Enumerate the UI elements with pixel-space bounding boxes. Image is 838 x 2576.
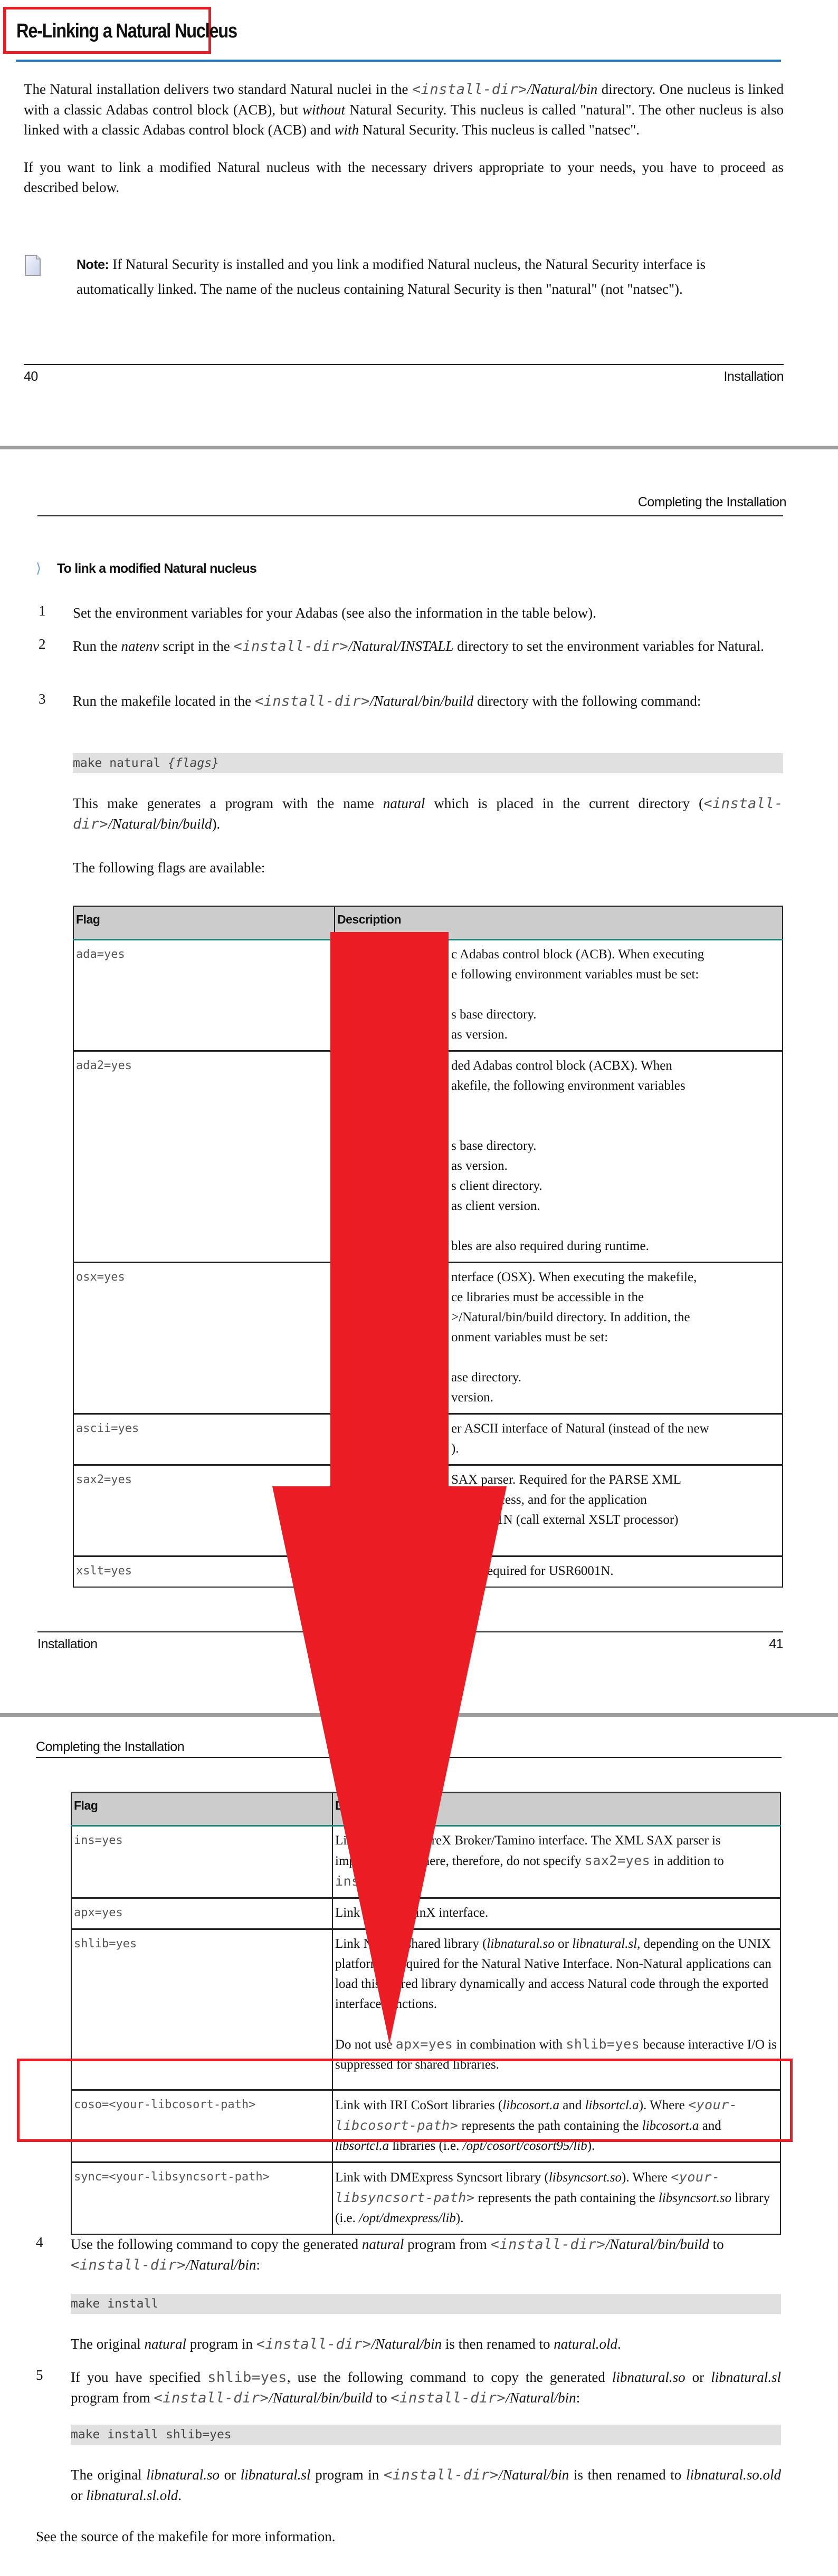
table-row-sync: sync=<your-libsyncsort-path> Link with D… (71, 2162, 780, 2235)
header-rule (37, 515, 783, 516)
table-header-row: Flag Description (71, 1793, 780, 1826)
flags-table: Flag Description ada=yesc Adabas control… (73, 906, 783, 1588)
description-cell: er ASCII interface of Natural (instead o… (335, 1414, 783, 1465)
title-underline (16, 60, 781, 62)
coso-row-highlight-box (17, 2059, 793, 2142)
column-header-description: Description (332, 1793, 780, 1826)
intro-paragraph-2: If you want to link a modified Natural n… (24, 157, 784, 197)
step-number: 4 (36, 2234, 43, 2251)
flag-cell: osx=yes (73, 1263, 335, 1414)
column-header-flag: Flag (73, 907, 335, 940)
table-row: sax2=yesSAX parser. Required for the PAR… (73, 1465, 783, 1556)
step-text: Use the following command to copy the ge… (71, 2234, 781, 2275)
flag-cell: ada2=yes (73, 1051, 335, 1263)
step-number: 5 (36, 2367, 43, 2383)
intro-paragraph-1: The Natural installation delivers two st… (24, 79, 784, 140)
table-row: xslt=yesssor. Required for USR6001N. (73, 1556, 783, 1588)
page-separator (0, 1713, 838, 1717)
table-row: ada2=yesded Adabas control block (ACBX).… (73, 1051, 783, 1263)
running-header: Completing the Installation (638, 495, 786, 510)
description-cell: ssor. Required for USR6001N. (335, 1556, 783, 1588)
description-cell: c Adabas control block (ACB). When execu… (335, 940, 783, 1051)
page-separator (0, 446, 838, 449)
flags-table-continued: Flag Description ins=yes Link with the E… (71, 1792, 781, 2235)
code-block: make install shlib=yes (71, 2425, 781, 2445)
description-cell: Link with ApplinX interface. (332, 1898, 780, 1929)
note-page-icon (25, 255, 41, 276)
flag-cell: sax2=yes (73, 1465, 335, 1556)
description-cell: SAX parser. Required for the PARSE XMLam… (335, 1465, 783, 1556)
procedure-heading: To link a modified Natural nucleus (57, 561, 256, 576)
footer-section: Installation (37, 1637, 98, 1652)
table-row: osx=yesnterface (OSX). When executing th… (73, 1263, 783, 1414)
closing-paragraph: See the source of the makefile for more … (36, 2526, 775, 2546)
flag-cell: apx=yes (71, 1898, 332, 1929)
running-header: Completing the Installation (36, 1739, 184, 1755)
flag-cell: xslt=yes (73, 1556, 335, 1588)
flag-cell: ascii=yes (73, 1414, 335, 1465)
footer-section: Installation (723, 369, 784, 385)
table-row: ins=yes Link with the EntireX Broker/Tam… (71, 1826, 780, 1898)
step-text: Run the natenv script in the <install-di… (73, 636, 783, 657)
step-paragraph: The original libnatural.so or libnatural… (71, 2465, 781, 2505)
code-block: make natural {flags} (73, 753, 783, 773)
step-paragraph: The following flags are available: (73, 858, 783, 878)
flag-cell: sync=<your-libsyncsort-path> (71, 2162, 332, 2235)
column-header-flag: Flag (71, 1793, 332, 1826)
step-paragraph: The original natural program in <install… (71, 2334, 781, 2354)
table-header-row: Flag Description (73, 907, 783, 940)
table-row: apx=yes Link with ApplinX interface. (71, 1898, 780, 1929)
code-block: make install (71, 2294, 781, 2314)
note-text: Note: If Natural Security is installed a… (77, 252, 768, 301)
step-text: Run the makefile located in the <install… (73, 691, 783, 712)
footer-page-number: 40 (24, 369, 38, 385)
description-cell: Link with DMExpress Syncsort library (li… (332, 2162, 780, 2235)
header-rule (36, 1757, 782, 1758)
footer-page-number: 41 (769, 1637, 783, 1652)
note-label: Note: (77, 257, 109, 272)
step-number: 2 (39, 636, 46, 652)
step-number: 3 (39, 691, 46, 707)
flag-cell: ins=yes (71, 1826, 332, 1898)
footer-rule (37, 1631, 783, 1632)
step-number: 1 (39, 603, 46, 619)
column-header-description: Description (335, 907, 783, 940)
table-row: ada=yesc Adabas control block (ACB). Whe… (73, 940, 783, 1051)
footer-rule (24, 364, 784, 365)
page-title: Re-Linking a Natural Nucleus (16, 20, 237, 43)
description-cell: nterface (OSX). When executing the makef… (335, 1263, 783, 1414)
step-text: If you have specified shlib=yes, use the… (71, 2367, 781, 2408)
chevron-right-icon: ⟩ (36, 561, 41, 576)
description-cell: Link with the EntireX Broker/Tamino inte… (332, 1826, 780, 1898)
step-paragraph: This make generates a program with the n… (73, 793, 783, 834)
description-cell: ded Adabas control block (ACBX). Whenake… (335, 1051, 783, 1263)
flag-cell: ada=yes (73, 940, 335, 1051)
step-text: Set the environment variables for your A… (73, 603, 783, 623)
table-row: ascii=yeser ASCII interface of Natural (… (73, 1414, 783, 1465)
